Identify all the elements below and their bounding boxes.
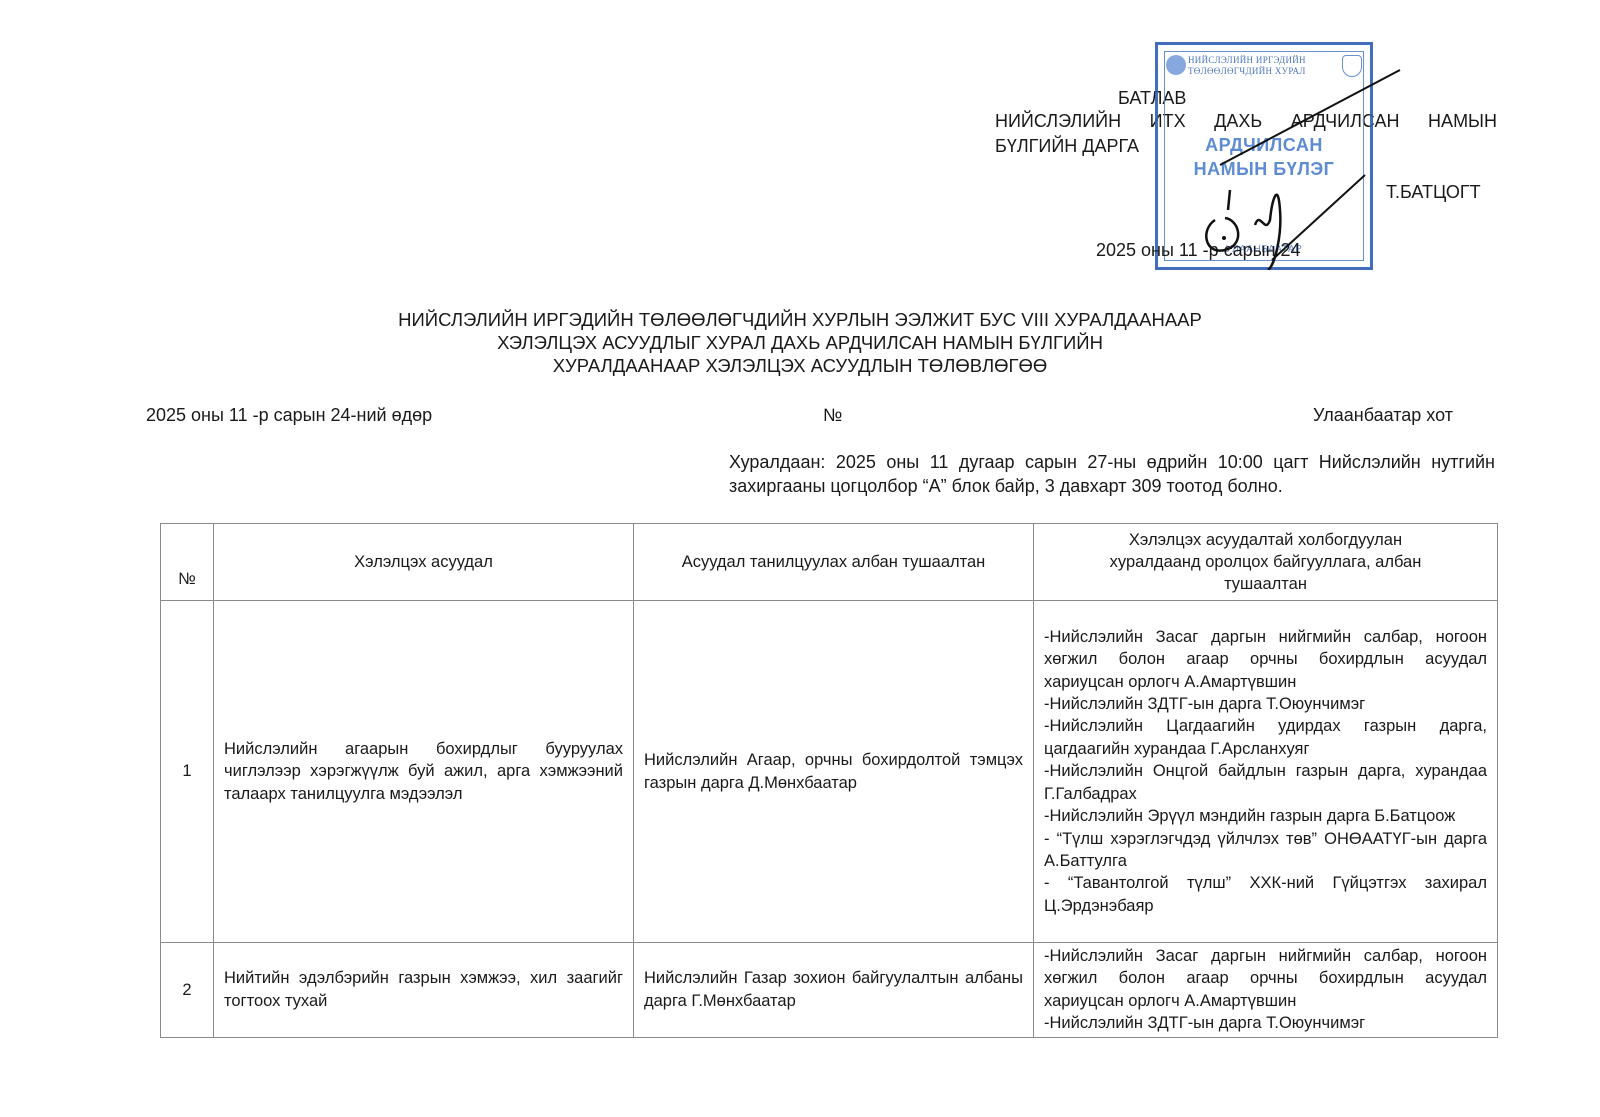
document-title-line2: ХЭЛЭЛЦЭХ АСУУДЛЫГ ХУРАЛ ДАХЬ АРДЧИЛСАН Н… [300,331,1300,354]
row-number: 2 [161,943,214,1038]
approval-date: 2025 оны 11 -р сарын 24 [1096,240,1301,261]
header-attendees: Хэлэлцэх асуудалтай холбогдуулан хуралда… [1034,524,1498,601]
soyombo-icon [1342,55,1362,77]
agenda-table: № Хэлэлцэх асуудал Асуудал танилцуулах а… [160,523,1498,1038]
approver-name: Т.БАТЦОГТ [1386,182,1481,203]
stamp-main-line1: АРДЧИЛСАН [1158,133,1370,157]
document-date: 2025 оны 11 -р сарын 24-ний өдөр [146,405,432,426]
attendee-item: -Нийслэлийн ЗДТГ-ын дарга Т.Оюунчимэг [1044,1012,1487,1034]
attendee-item: -Нийслэлийн ЗДТГ-ын дарга Т.Оюунчимэг [1044,693,1487,715]
row-issue: Нийтийн эдэлбэрийн газрын хэмжээ, хил за… [214,943,634,1038]
document-title-line3: ХУРАЛДААНААР ХЭЛЭЛЦЭХ АСУУДЛЫН ТӨЛӨВЛӨГӨ… [300,354,1300,377]
document-title-line1: НИЙСЛЭЛИЙН ИРГЭДИЙН ТӨЛӨӨЛӨГЧДИЙН ХУРЛЫН… [300,308,1300,331]
row-issue: Нийслэлийн агаарын бохирдлыг бууруулах ч… [214,601,634,943]
official-stamp: НИЙСЛЭЛИЙН ИРГЭДИЙН ТӨЛӨӨЛӨГЧДИЙН ХУРАЛ … [1155,42,1373,270]
row-number: 1 [161,601,214,943]
document-city: Улаанбаатар хот [1313,405,1453,426]
table-header-row: № Хэлэлцэх асуудал Асуудал танилцуулах а… [161,524,1498,601]
approval-position-line2: БҮЛГИЙН ДАРГА [995,136,1139,157]
document-number-label: № [823,405,842,426]
stamp-header-line1: НИЙСЛЭЛИЙН ИРГЭДИЙН [1188,55,1306,66]
header-number: № [161,524,214,601]
stamp-main-line2: НАМЫН БҮЛЭГ [1158,157,1370,181]
attendee-item: - “Тавантолгой түлш” ХХК-ний Гүйцэтгэх з… [1044,872,1487,917]
header-issue: Хэлэлцэх асуудал [214,524,634,601]
stamp-header-line2: ТӨЛӨӨЛӨГЧДИЙН ХУРАЛ [1188,66,1306,77]
attendee-item: -Нийслэлийн Цагдаагийн удирдах газрын да… [1044,715,1487,760]
stamp-header: НИЙСЛЭЛИЙН ИРГЭДИЙН ТӨЛӨӨЛӨГЧДИЙН ХУРАЛ [1188,55,1306,77]
row-attendees: -Нийслэлийн Засаг даргын нийгмийн салбар… [1034,943,1498,1038]
row-attendees: -Нийслэлийн Засаг даргын нийгмийн салбар… [1034,601,1498,943]
stamp-main-text: АРДЧИЛСАН НАМЫН БҮЛЭГ [1158,133,1370,181]
meeting-note: Хуралдаан: 2025 оны 11 дугаар сарын 27-н… [729,450,1495,498]
attendee-item: -Нийслэлийн Эрүүл мэндийн газрын дарга Б… [1044,805,1487,827]
attendee-item: -Нийслэлийн Онцгой байдлын газрын дарга,… [1044,760,1487,805]
emblem-icon [1166,55,1186,75]
table-row: 1 Нийслэлийн агаарын бохирдлыг бууруулах… [161,601,1498,943]
attendee-item: -Нийслэлийн Засаг даргын нийгмийн салбар… [1044,626,1487,693]
attendee-item: -Нийслэлийн Засаг даргын нийгмийн салбар… [1044,945,1487,1012]
document-title: НИЙСЛЭЛИЙН ИРГЭДИЙН ТӨЛӨӨЛӨГЧДИЙН ХУРЛЫН… [300,308,1300,377]
table-row: 2 Нийтийн эдэлбэрийн газрын хэмжээ, хил … [161,943,1498,1038]
header-presenter: Асуудал танилцуулах албан тушаалтан [634,524,1034,601]
row-presenter: Нийслэлийн Газар зохион байгуулалтын алб… [634,943,1034,1038]
attendee-item: - “Түлш хэрэглэгчдэд үйлчлэх төв” ОНӨААТ… [1044,828,1487,873]
row-presenter: Нийслэлийн Агаар, орчны бохирдолтой тэмц… [634,601,1034,943]
